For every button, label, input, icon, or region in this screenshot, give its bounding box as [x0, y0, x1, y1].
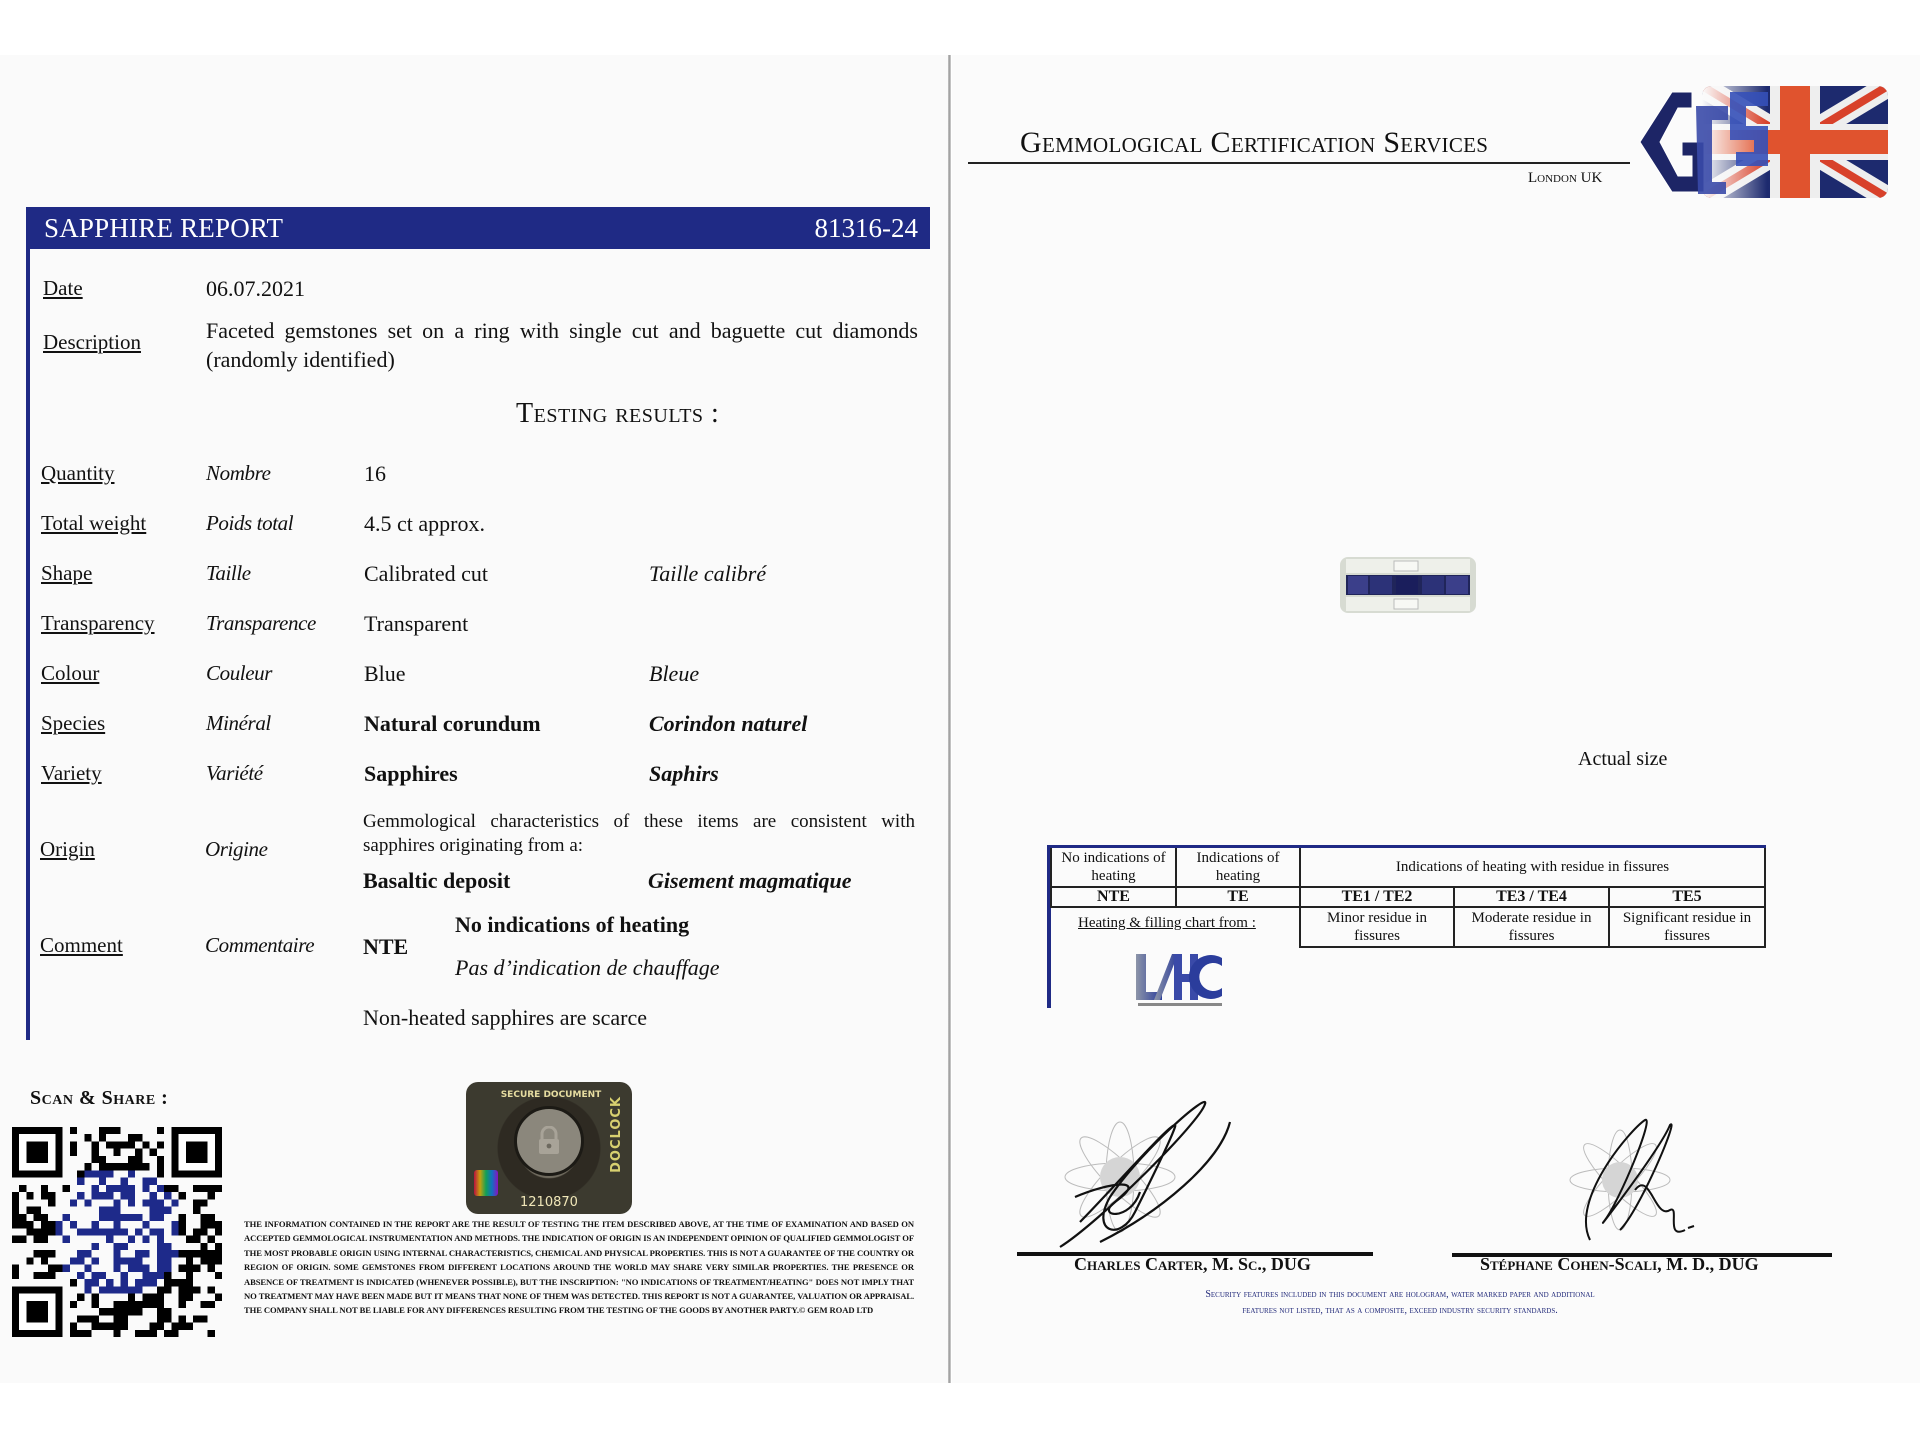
result-value: 4.5 ct approx.: [364, 511, 485, 537]
result-label: Shape: [41, 561, 92, 586]
origin-label-fr: Origine: [205, 837, 268, 862]
origin-label: Origin: [40, 837, 95, 862]
gcs-union-jack-logo: [1632, 86, 1890, 198]
company-rule: [968, 162, 1630, 164]
result-value: Transparent: [364, 611, 468, 637]
security-note: Security features included in this docum…: [1200, 1287, 1600, 1318]
signer-name-2: Stéphane Cohen-Scali, M. D., DUG: [1480, 1254, 1759, 1275]
doclock-hologram: SECURE DOCUMENT DOCLOCK 1210870: [466, 1082, 632, 1214]
header-te-residue: Indications of heating with residue in f…: [1300, 847, 1765, 887]
company-city: London UK: [1528, 170, 1602, 187]
result-label: Colour: [41, 661, 99, 686]
report-title: SAPPHIRE REPORT: [44, 213, 283, 244]
origin-value: Basaltic deposit: [363, 868, 510, 894]
result-value-fr: Corindon naturel: [649, 711, 807, 737]
code-te1-te2: TE1 / TE2: [1300, 887, 1454, 907]
comment-code: NTE: [363, 934, 408, 960]
testing-results-title: Testing results :: [516, 398, 719, 430]
result-label: Species: [41, 711, 105, 736]
signer-name-1: Charles Carter, M. Sc., DUG: [1074, 1254, 1311, 1275]
desc-te1-te2: Minor residue in fissures: [1300, 907, 1454, 947]
hologram-arc-text: SECURE DOCUMENT: [496, 1090, 606, 1100]
scan-share-label: Scan & Share :: [30, 1087, 168, 1110]
date-value: 06.07.2021: [206, 276, 305, 302]
desc-te3-te4: Moderate residue in fissures: [1454, 907, 1609, 947]
comment-value: No indications of heating: [455, 912, 689, 938]
result-label-fr: Minéral: [206, 711, 271, 736]
result-label-fr: Variété: [206, 761, 263, 786]
result-value-fr: Bleue: [649, 661, 699, 687]
company-name: Gemmological Certification Services: [1020, 126, 1488, 160]
legal-disclaimer: THE INFORMATION CONTAINED IN THE REPORT …: [244, 1217, 914, 1318]
result-label-fr: Nombre: [206, 461, 271, 486]
hologram-serial: 1210870: [520, 1195, 578, 1210]
report-left-border: [26, 207, 30, 1040]
result-label-fr: Taille: [206, 561, 251, 586]
result-label-fr: Couleur: [206, 661, 272, 686]
result-value-fr: Saphirs: [649, 761, 719, 787]
comment-label: Comment: [40, 933, 123, 958]
report-header-bar: SAPPHIRE REPORT 81316-24: [30, 207, 930, 249]
hologram-brand: DOCLOCK: [609, 1096, 624, 1173]
result-value: Calibrated cut: [364, 561, 488, 587]
result-value-fr: Taille calibré: [649, 561, 766, 587]
origin-note: Gemmological characteristics of these it…: [363, 810, 915, 858]
heating-chart-table: No indications of heating Indications of…: [1050, 845, 1766, 948]
page-fold-divider: [948, 55, 951, 1383]
result-label-fr: Transparence: [206, 611, 316, 636]
header-te: Indications of heating: [1176, 847, 1300, 887]
signature-charles-carter: [1040, 1082, 1310, 1252]
comment-label-fr: Commentaire: [205, 933, 314, 958]
code-te: TE: [1176, 887, 1300, 907]
desc-te5: Significant residue in fissures: [1609, 907, 1765, 947]
date-label: Date: [43, 276, 83, 301]
padlock-icon: [536, 1126, 562, 1156]
qr-code-icon[interactable]: [12, 1127, 222, 1337]
ring-caption: Actual size: [1578, 748, 1667, 771]
signature-stephane-cohen-scali: [1560, 1110, 1750, 1250]
result-label: Transparency: [41, 611, 155, 636]
chart-source-label: Heating & filling chart from :: [1078, 915, 1256, 932]
header-nte: No indications of heating: [1051, 847, 1176, 887]
lmhc-logo: [1132, 948, 1227, 1010]
result-value: Sapphires: [364, 761, 458, 787]
result-label: Variety: [41, 761, 102, 786]
result-label: Total weight: [41, 511, 146, 536]
origin-value-fr: Gisement magmatique: [648, 868, 852, 894]
comment-note: Non-heated sapphires are scarce: [363, 1005, 647, 1031]
result-label: Quantity: [41, 461, 115, 486]
description-value: Faceted gemstones set on a ring with sin…: [206, 316, 918, 374]
result-value: 16: [364, 461, 386, 487]
code-te3-te4: TE3 / TE4: [1454, 887, 1609, 907]
description-label: Description: [43, 330, 141, 355]
result-value: Blue: [364, 661, 406, 687]
code-nte: NTE: [1051, 887, 1176, 907]
result-label-fr: Poids total: [206, 511, 293, 536]
code-te5: TE5: [1609, 887, 1765, 907]
comment-value-fr: Pas d’indication de chauffage: [455, 955, 720, 981]
ring-photo: [1336, 555, 1480, 615]
result-value: Natural corundum: [364, 711, 541, 737]
hologram-rainbow-patch: [474, 1170, 498, 1196]
report-number: 81316-24: [815, 213, 919, 244]
